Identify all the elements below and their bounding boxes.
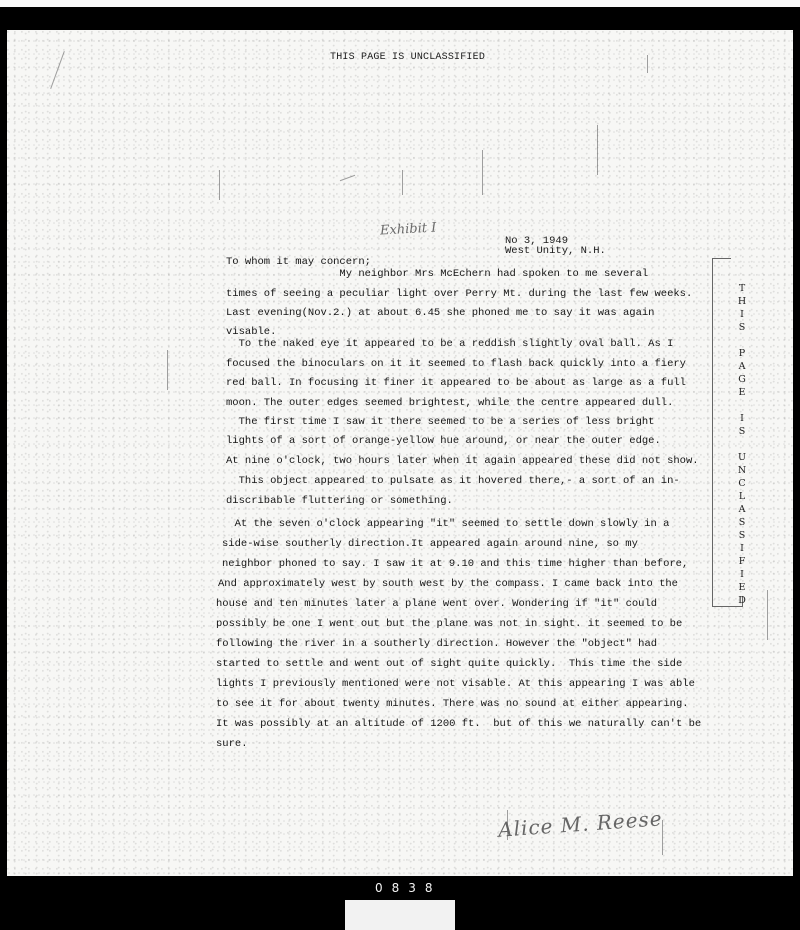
letter-line: following the river in a southerly direc…	[216, 638, 657, 650]
letter-line: red ball. In focusing it finer it appear…	[226, 377, 686, 389]
letter-line: The first time I saw it there seemed to …	[226, 416, 654, 428]
handwritten-annotation: Exhibit I	[380, 221, 437, 239]
letter-line: discribable fluttering or something.	[226, 495, 453, 507]
letter-line: side-wise southerly direction.It appeare…	[222, 538, 638, 550]
letter-line: focused the binoculars on it it seemed t…	[226, 358, 686, 370]
letter-line: lights I previously mentioned were not v…	[216, 678, 695, 690]
document-page	[7, 30, 793, 876]
date-location-block: No 3, 1949 West Unity, N.H.	[505, 236, 606, 256]
letter-line: times of seeing a peculiar light over Pe…	[226, 288, 692, 300]
letter-line: lights of a sort of orange-yellow hue ar…	[226, 435, 661, 447]
letter-location: West Unity, N.H.	[505, 246, 606, 256]
letter-line: started to settle and went out of sight …	[216, 658, 682, 670]
letter-line: visable.	[226, 326, 276, 338]
letter-line: My neighbor Mrs McEchern had spoken to m…	[226, 268, 648, 280]
next-frame-edge	[345, 900, 455, 930]
letter-line: neighbor phoned to say. I saw it at 9.10…	[222, 558, 688, 570]
side-classification-stamp: T H I S P A G E I S U N C L A S S I F I …	[712, 258, 743, 607]
microfilm-frame-number: 0838	[375, 881, 442, 895]
letter-line: possibly be one I went out but the plane…	[216, 618, 682, 630]
letter-line: house and ten minutes later a plane went…	[216, 598, 657, 610]
letter-line: At the seven o'clock appearing "it" seem…	[222, 518, 669, 530]
scan-top-strip	[0, 0, 800, 7]
salutation: To whom it may concern;	[226, 256, 371, 268]
letter-line: It was possibly at an altitude of 1200 f…	[216, 718, 701, 730]
side-stamp-letters: T H I S P A G E I S U N C L A S S I F I …	[735, 282, 749, 607]
letter-line: to see it for about twenty minutes. Ther…	[216, 698, 689, 710]
letter-line: At nine o'clock, two hours later when it…	[226, 455, 699, 467]
letter-line: sure.	[216, 738, 248, 750]
letter-line: moon. The outer edges seemed brightest, …	[226, 397, 673, 409]
letter-line: This object appeared to pulsate as it ho…	[226, 475, 680, 487]
letter-line: To the naked eye it appeared to be a red…	[226, 338, 673, 350]
classification-header: THIS PAGE IS UNCLASSIFIED	[330, 52, 485, 63]
letter-line: And approximately west by south west by …	[218, 578, 678, 590]
letter-line: Last evening(Nov.2.) at about 6.45 she p…	[226, 307, 654, 319]
